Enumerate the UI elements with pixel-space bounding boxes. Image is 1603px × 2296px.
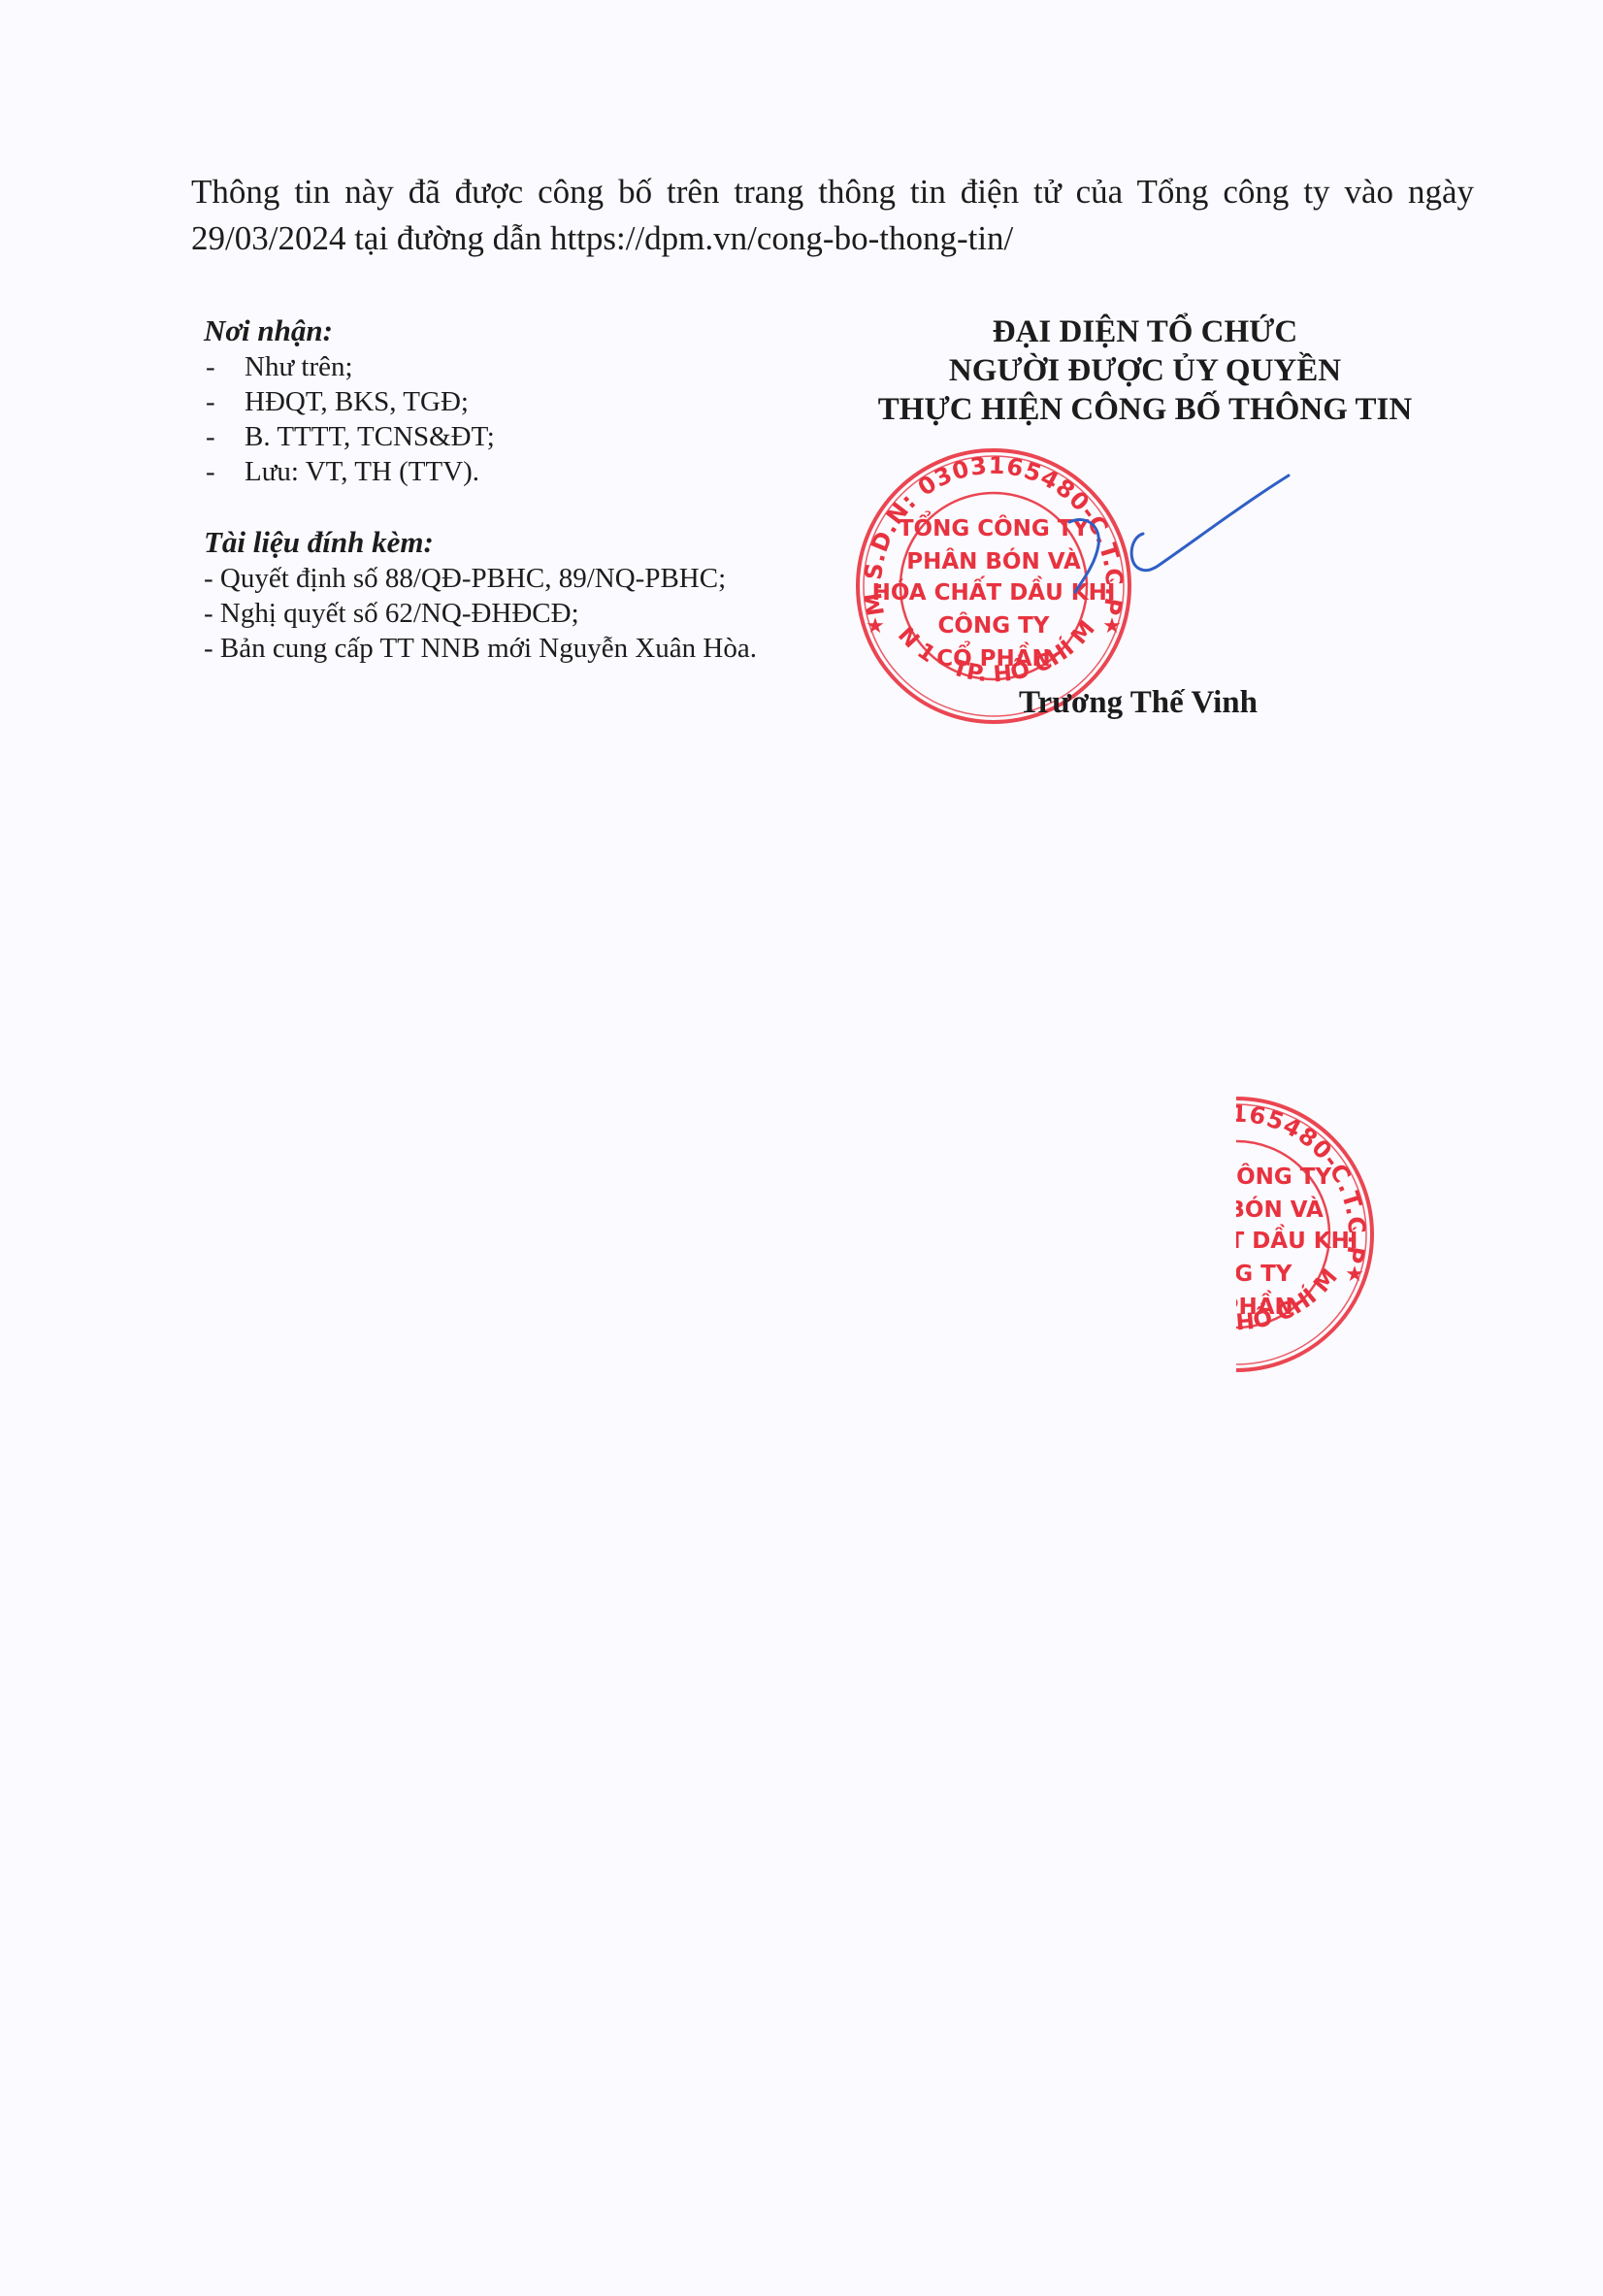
svg-text:PHÂN BÓN VÀ: PHÂN BÓN VÀ — [1236, 1196, 1324, 1223]
attachment-item: - Bản cung cấp TT NNB mới Nguyễn Xuân Hò… — [204, 631, 757, 666]
attachments-list: - Quyết định số 88/QĐ-PBHC, 89/NQ-PBHC; … — [204, 561, 757, 666]
recipient-item: -HĐQT, BKS, TGĐ; — [204, 384, 495, 419]
handwritten-signature — [1048, 466, 1300, 602]
svg-text:CỔ PHẦN: CỔ PHẦN — [1236, 1289, 1293, 1320]
svg-text:CỔ PHẦN: CỔ PHẦN — [936, 640, 1051, 672]
recipients-title: Nơi nhận: — [204, 312, 495, 349]
attachments-title: Tài liệu đính kèm: — [204, 524, 757, 561]
partial-company-seal: M.S.D.N: 0303165480-C.T.C.PQUẬN 1 - TP. … — [1236, 1093, 1378, 1376]
svg-text:★: ★ — [1102, 614, 1122, 639]
attachment-item: - Quyết định số 88/QĐ-PBHC, 89/NQ-PBHC; — [204, 561, 757, 596]
partial-seal-clip: M.S.D.N: 0303165480-C.T.C.PQUẬN 1 - TP. … — [1236, 1087, 1391, 1378]
attachment-item: - Nghị quyết số 62/NQ-ĐHĐCĐ; — [204, 596, 757, 631]
svg-text:CÔNG TY: CÔNG TY — [938, 611, 1050, 639]
recipient-item: -B. TTTT, TCNS&ĐT; — [204, 419, 495, 454]
signature-heading-line: THỰC HIỆN CÔNG BỐ THÔNG TIN — [834, 390, 1456, 429]
recipient-item: -Như trên; — [204, 349, 495, 384]
attachments-section: Tài liệu đính kèm: - Quyết định số 88/QĐ… — [204, 524, 757, 666]
signature-heading-line: ĐẠI DIỆN TỔ CHỨC — [834, 312, 1456, 351]
svg-text:★: ★ — [866, 614, 885, 639]
recipient-item: -Lưu: VT, TH (TTV). — [204, 454, 495, 489]
signature-block-heading: ĐẠI DIỆN TỔ CHỨC NGƯỜI ĐƯỢC ỦY QUYỀN THỰ… — [834, 312, 1456, 429]
publication-notice: Thông tin này đã được công bố trên trang… — [191, 169, 1474, 262]
publication-notice-line-2: 29/03/2024 tại đường dẫn https://dpm.vn/… — [191, 215, 1474, 262]
recipients-section: Nơi nhận: -Như trên; -HĐQT, BKS, TGĐ; -B… — [204, 312, 495, 489]
publication-notice-line-1: Thông tin này đã được công bố trên trang… — [191, 169, 1474, 215]
svg-text:★: ★ — [1345, 1263, 1364, 1287]
signature-heading-line: NGƯỜI ĐƯỢC ỦY QUYỀN — [834, 351, 1456, 390]
signer-name: Trương Thế Vinh — [1019, 683, 1258, 722]
svg-text:CÔNG TY: CÔNG TY — [1236, 1260, 1292, 1287]
svg-text:HÓA CHẤT DẦU KHÍ: HÓA CHẤT DẦU KHÍ — [1236, 1224, 1358, 1254]
recipients-list: -Như trên; -HĐQT, BKS, TGĐ; -B. TTTT, TC… — [204, 349, 495, 489]
